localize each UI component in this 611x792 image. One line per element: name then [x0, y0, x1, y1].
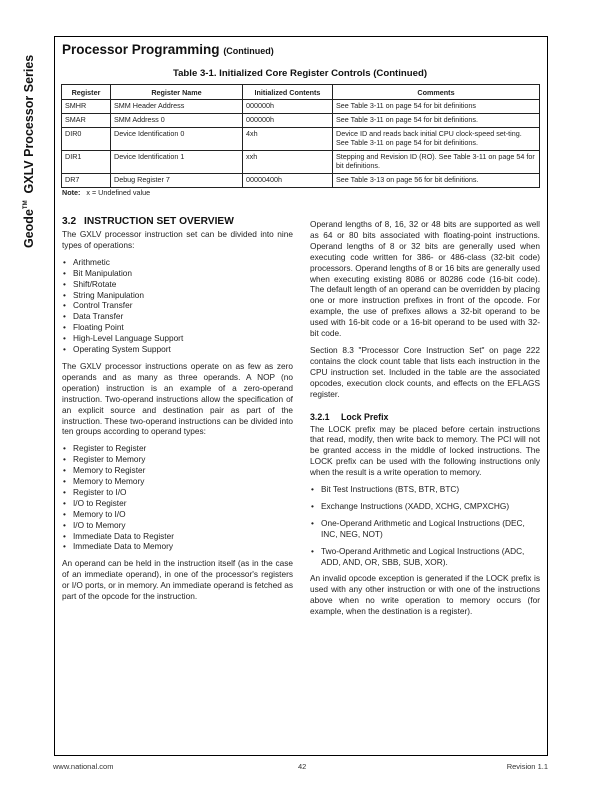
list-item: Bit Test Instructions (BTS, BTR, BTC): [310, 484, 540, 495]
cell-register: SMAR: [62, 114, 111, 128]
list-item: I/O to Memory: [62, 520, 293, 531]
cell-register: DIR0: [62, 128, 111, 151]
operation-types-list: Arithmetic Bit Manipulation Shift/Rotate…: [62, 257, 293, 355]
list-item: Memory to Register: [62, 465, 293, 476]
list-item: Shift/Rotate: [62, 279, 293, 290]
cell-initialized-contents: 000000h: [243, 114, 333, 128]
cell-comments: Stepping and Revision ID (RO). See Table…: [333, 151, 540, 174]
table-row: DR7 Debug Register 7 00000400h See Table…: [62, 174, 540, 188]
table-row: SMAR SMM Address 0 000000h See Table 3-1…: [62, 114, 540, 128]
page-title-continued: (Continued): [223, 46, 273, 56]
cell-register: DR7: [62, 174, 111, 188]
list-item: Immediate Data to Register: [62, 531, 293, 542]
section-intro: The GXLV processor instruction set can b…: [62, 229, 293, 251]
section-heading: 3.2INSTRUCTION SET OVERVIEW: [62, 216, 293, 228]
cell-initialized-contents: 000000h: [243, 100, 333, 114]
note-text: x = Undefined value: [86, 188, 150, 197]
page-title: Processor Programming (Continued): [62, 42, 274, 57]
operand-held-paragraph: An operand can be held in the instructio…: [62, 558, 293, 602]
list-item: Two-Operand Arithmetic and Logical Instr…: [310, 546, 540, 568]
operand-groups-list: Register to Register Register to Memory …: [62, 443, 293, 552]
list-item: Exchange Instructions (XADD, XCHG, CMPXC…: [310, 501, 540, 512]
brand-name: Geode: [22, 209, 36, 248]
trademark-mark: TM: [23, 200, 29, 209]
subsection-title: Lock Prefix: [341, 412, 388, 422]
list-item: Memory to Memory: [62, 476, 293, 487]
list-item: Data Transfer: [62, 311, 293, 322]
page-title-main: Processor Programming: [62, 42, 223, 57]
cell-initialized-contents: 4xh: [243, 128, 333, 151]
list-item: Control Transfer: [62, 300, 293, 311]
cell-comments: See Table 3-13 on page 56 for bit defini…: [333, 174, 540, 188]
list-item: Arithmetic: [62, 257, 293, 268]
cell-comments: See Table 3-11 on page 54 for bit defini…: [333, 114, 540, 128]
list-item: Register to Register: [62, 443, 293, 454]
list-item: String Manipulation: [62, 290, 293, 301]
list-item: Operating System Support: [62, 344, 293, 355]
cell-comments: Device ID and reads back initial CPU clo…: [333, 128, 540, 151]
table-row: SMHR SMM Header Address 000000h See Tabl…: [62, 100, 540, 114]
series-side-title: GeodeTM GXLV Processor Series: [22, 55, 36, 248]
footer-revision: Revision 1.1: [507, 762, 548, 771]
register-table: Register Register Name Initialized Conte…: [61, 84, 540, 188]
header-register-name: Register Name: [111, 85, 243, 100]
cell-initialized-contents: 00000400h: [243, 174, 333, 188]
lockable-instructions-list: Bit Test Instructions (BTS, BTR, BTC) Ex…: [310, 484, 540, 567]
cell-register: SMHR: [62, 100, 111, 114]
subsection-heading: 3.2.1Lock Prefix: [310, 412, 540, 423]
list-item: High-Level Language Support: [62, 333, 293, 344]
left-column: 3.2INSTRUCTION SET OVERVIEW The GXLV pro…: [62, 216, 293, 608]
cell-register-name: Debug Register 7: [111, 174, 243, 188]
header-register: Register: [62, 85, 111, 100]
invalid-opcode-paragraph: An invalid opcode exception is generated…: [310, 573, 540, 617]
table-caption: Table 3-1. Initialized Core Register Con…: [61, 68, 539, 79]
header-initialized-contents: Initialized Contents: [243, 85, 333, 100]
section-number: 3.2: [62, 216, 84, 228]
section-title: INSTRUCTION SET OVERVIEW: [84, 216, 234, 227]
table-row: DIR1 Device Identification 1 xxh Steppin…: [62, 151, 540, 174]
right-column: Operand lengths of 8, 16, 32 or 48 bits …: [310, 219, 540, 623]
cell-register-name: SMM Address 0: [111, 114, 243, 128]
list-item: Register to Memory: [62, 454, 293, 465]
subsection-number: 3.2.1: [310, 412, 341, 423]
list-item: One-Operand Arithmetic and Logical Instr…: [310, 518, 540, 540]
footer-website: www.national.com: [53, 762, 113, 771]
list-item: Bit Manipulation: [62, 268, 293, 279]
operand-lengths-paragraph: Operand lengths of 8, 16, 32 or 48 bits …: [310, 219, 540, 339]
list-item: Memory to I/O: [62, 509, 293, 520]
section-reference-paragraph: Section 8.3 "Processor Core Instruction …: [310, 345, 540, 400]
list-item: Register to I/O: [62, 487, 293, 498]
table-row: DIR0 Device Identification 0 4xh Device …: [62, 128, 540, 151]
cell-register-name: SMM Header Address: [111, 100, 243, 114]
cell-comments: See Table 3-11 on page 54 for bit defini…: [333, 100, 540, 114]
cell-register-name: Device Identification 0: [111, 128, 243, 151]
series-name: GXLV Processor Series: [22, 55, 36, 194]
table-header-row: Register Register Name Initialized Conte…: [62, 85, 540, 100]
list-item: Immediate Data to Memory: [62, 541, 293, 552]
footer-page-number: 42: [298, 762, 306, 771]
cell-register-name: Device Identification 1: [111, 151, 243, 174]
list-item: Floating Point: [62, 322, 293, 333]
list-item: I/O to Register: [62, 498, 293, 509]
operands-paragraph: The GXLV processor instructions operate …: [62, 361, 293, 437]
table-note: Note:x = Undefined value: [62, 188, 150, 197]
cell-register: DIR1: [62, 151, 111, 174]
cell-initialized-contents: xxh: [243, 151, 333, 174]
header-comments: Comments: [333, 85, 540, 100]
note-label: Note:: [62, 188, 80, 197]
lock-prefix-intro: The LOCK prefix may be placed before cer…: [310, 424, 540, 479]
